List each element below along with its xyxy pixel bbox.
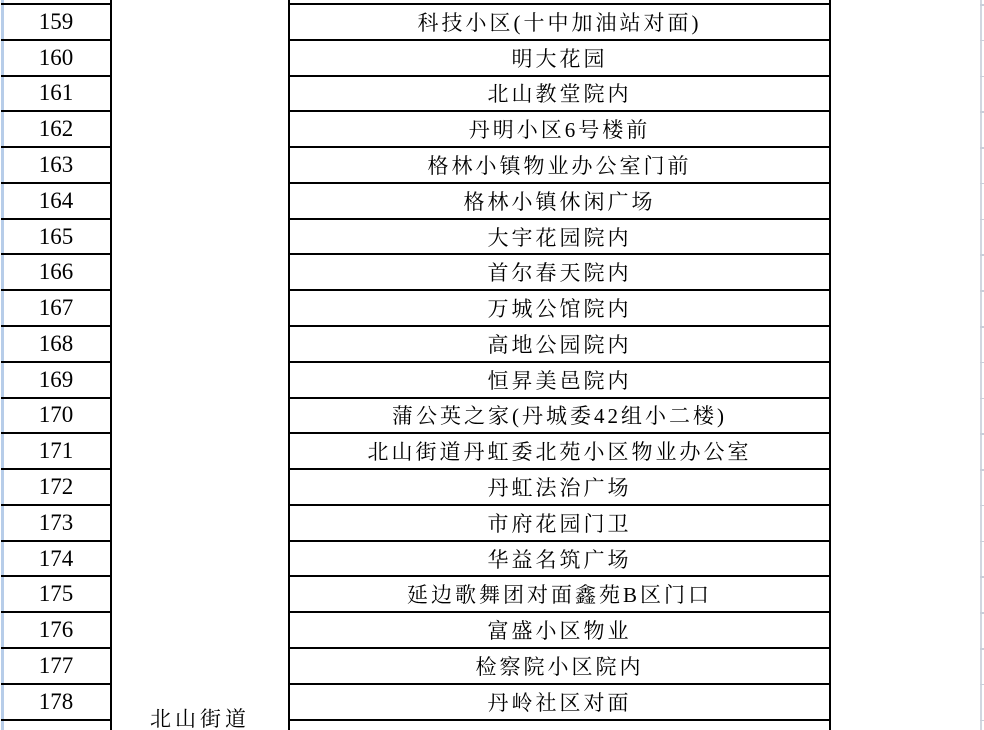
table-border-horizontal [1,397,111,399]
row-number-cell[interactable]: 173 [2,505,110,541]
location-cell[interactable]: 丹明小区6号楼前 [290,111,829,147]
location-cell[interactable]: 检察院小区院内 [290,648,829,684]
location-cell[interactable]: 恒昇美邑院内 [290,362,829,398]
table-border-horizontal [288,540,831,542]
table-border-horizontal [288,432,831,434]
row-number-cell[interactable]: 164 [2,183,110,219]
location-cell[interactable]: 格林小镇物业办公室门前 [290,147,829,183]
table-border-horizontal [1,683,111,685]
table-border-horizontal [1,540,111,542]
table-border-horizontal [1,647,111,649]
table-border-horizontal [1,110,111,112]
row-number-cell[interactable]: 162 [2,111,110,147]
locations-table: 北山街道 159科技小区(十中加油站对面)160明大花园161北山教堂院内162… [0,0,984,730]
row-number-cell[interactable]: 176 [2,612,110,648]
sheet-gridline-stub [980,576,984,578]
sheet-gridline-stub [980,362,984,364]
row-number-cell[interactable]: 178 [2,684,110,720]
table-border-horizontal [1,39,111,41]
sheet-gridline-stub [980,76,984,78]
table-border-horizontal [288,361,831,363]
location-cell[interactable]: 富盛小区物业 [290,612,829,648]
table-border-horizontal [288,75,831,77]
table-border-horizontal [1,361,111,363]
row-number-cell[interactable]: 171 [2,433,110,469]
spreadsheet-viewport: 北山街道 159科技小区(十中加油站对面)160明大花园161北山教堂院内162… [0,0,984,730]
row-number-cell[interactable]: 166 [2,254,110,290]
row-number-cell[interactable]: 161 [2,76,110,112]
row-number-cell[interactable]: 170 [2,398,110,434]
location-cell[interactable]: 丹虹法治广场 [290,469,829,505]
sheet-gridline-stub [980,684,984,686]
table-border-horizontal [288,397,831,399]
table-border-horizontal [288,218,831,220]
table-border-horizontal [1,325,111,327]
sheet-gridline-stub [980,326,984,328]
location-cell[interactable]: 蒲公英之家(丹城委42组小二楼) [290,398,829,434]
row-number-cell[interactable]: 160 [2,40,110,76]
table-border-horizontal [288,253,831,255]
table-border-horizontal [1,75,111,77]
sheet-gridline-stub [980,111,984,113]
table-border-horizontal [288,647,831,649]
table-border-horizontal [1,575,111,577]
location-cell[interactable]: 华益名筑广场 [290,541,829,577]
table-border-horizontal [288,719,831,721]
table-border-horizontal [288,3,831,5]
row-number-cell[interactable]: 172 [2,469,110,505]
sheet-gridline-stub [980,183,984,185]
location-cell[interactable]: 首尔春天院内 [290,254,829,290]
location-cell[interactable]: 延边歌舞团对面鑫苑B区门口 [290,576,829,612]
sheet-gridline-stub [980,648,984,650]
table-border-horizontal [1,432,111,434]
row-number-cell[interactable]: 175 [2,576,110,612]
table-border-horizontal [288,683,831,685]
location-cell[interactable]: 高地公园院内 [290,326,829,362]
sheet-gridline-stub [980,4,984,6]
table-border-horizontal [1,218,111,220]
row-number-cell[interactable]: 177 [2,648,110,684]
row-number-cell[interactable]: 167 [2,290,110,326]
table-border-horizontal [288,575,831,577]
table-border-horizontal [1,719,111,721]
row-number-cell[interactable]: 169 [2,362,110,398]
location-cell[interactable]: 万城公馆院内 [290,290,829,326]
table-border-horizontal [1,289,111,291]
table-border-horizontal [288,325,831,327]
table-border-horizontal [1,182,111,184]
sheet-gridline-stub [980,720,984,722]
location-cell[interactable]: 大宇花园院内 [290,219,829,255]
row-number-cell[interactable]: 174 [2,541,110,577]
table-border-horizontal [288,289,831,291]
location-cell[interactable]: 明大花园 [290,40,829,76]
table-border-horizontal [1,146,111,148]
table-border-horizontal [288,504,831,506]
location-cell[interactable]: 北山街道丹虹委北苑小区物业办公室 [290,433,829,469]
table-border-horizontal [288,182,831,184]
location-cell[interactable]: 市府花园门卫 [290,505,829,541]
table-border-horizontal [288,39,831,41]
table-border-horizontal [1,253,111,255]
table-border-horizontal [288,146,831,148]
table-border-horizontal [1,611,111,613]
sheet-gridline-stub [980,40,984,42]
location-cell[interactable]: 丹岭社区对面 [290,684,829,720]
location-cell[interactable]: 格林小镇休闲广场 [290,183,829,219]
row-number-cell[interactable]: 159 [2,4,110,40]
street-name-cell[interactable]: 北山街道 [112,706,288,730]
table-border-horizontal [288,611,831,613]
row-number-cell[interactable]: 163 [2,147,110,183]
sheet-gridline-stub [980,433,984,435]
sheet-gridline-stub [980,290,984,292]
table-border-horizontal [1,3,111,5]
sheet-gridline-stub [980,219,984,221]
sheet-gridline-stub [980,398,984,400]
sheet-gridline-stub [980,541,984,543]
row-number-cell[interactable]: 168 [2,326,110,362]
table-border-horizontal [288,468,831,470]
sheet-gridline-stub [980,505,984,507]
location-cell[interactable]: 北山教堂院内 [290,76,829,112]
sheet-gridline-stub [980,469,984,471]
table-border-horizontal [288,110,831,112]
location-cell[interactable]: 科技小区(十中加油站对面) [290,4,829,40]
sheet-gridline-stub [980,147,984,149]
sheet-gridline-stub [980,612,984,614]
table-border-horizontal [1,468,111,470]
table-border-horizontal [1,504,111,506]
row-number-cell[interactable]: 165 [2,219,110,255]
sheet-gridline-stub [980,254,984,256]
